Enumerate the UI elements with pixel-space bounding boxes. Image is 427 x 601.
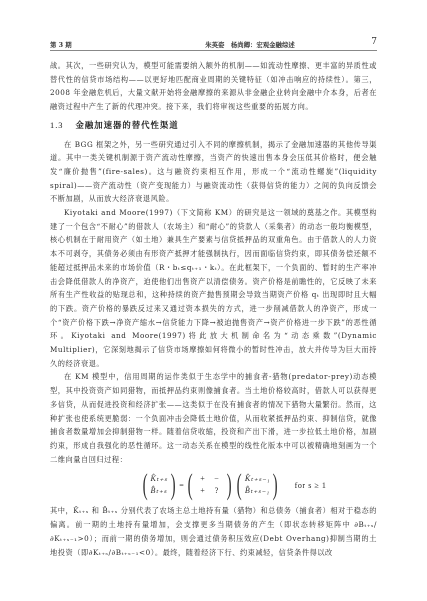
paragraph-5: 其中，K̂ₜ₊ₛ 和 B̂ₜ₊ₛ 分别代表了农场主总土地持有量（猎物）和总债务（… (50, 504, 377, 559)
header-rule (50, 50, 377, 51)
document-page: 第 3 期 朱英姿 杨尚卿：宏观金融综述 7 战。其次，一些研究认为，模型可能需… (0, 0, 427, 601)
paragraph-2: 在 BGG 框架之外，另一些研究通过引入不同的摩擦机制，揭示了金融加速器的其他传… (50, 138, 377, 207)
equation-condition: for s ≥ 1 (295, 479, 327, 493)
matrix-cell: − (210, 473, 224, 485)
issue-label: 第 3 期 (50, 40, 72, 49)
paragraph-1: 战。其次，一些研究认为，模型可能需要纳入额外的机制——如流动性摩擦、更丰富的异质… (50, 59, 377, 114)
paragraph-4: 在 KM 模型中，信用周期的运作类似于生态学中的捕食者-猎物(predator-… (50, 370, 377, 466)
var-equation: ( K̂ₜ₊ₛ B̂ₜ₊ₛ ) = ( + − + ? (50, 468, 377, 502)
running-title: 朱英姿 杨尚卿：宏观金融综述 (170, 40, 330, 49)
lhs-b: B̂ₜ₊ₛ (151, 485, 168, 497)
matrix-cell: + (196, 485, 210, 497)
rhs-k: K̂ₜ₊ₛ₋₁ (245, 473, 270, 485)
lhs-vector: ( K̂ₜ₊ₛ B̂ₜ₊ₛ ) (140, 470, 178, 500)
paragraph-3: Kiyotaki and Moore(1997)（下文简称 KM）的研究是这一领… (50, 206, 377, 370)
running-header: 第 3 期 朱英姿 杨尚卿：宏观金融综述 7 (50, 37, 377, 49)
section-number: 1.3 (50, 121, 63, 130)
equals-sign: = (179, 479, 184, 493)
page-number: 7 (371, 37, 377, 47)
transition-matrix: ( + − + ? ) (185, 470, 234, 500)
body-text: 战。其次，一些研究认为，模型可能需要纳入额外的机制——如流动性摩擦、更丰富的异质… (50, 59, 377, 559)
section-heading: 1.3金融加速器的替代性渠道 (50, 119, 377, 133)
rhs-b: B̂ₜ₊ₛ₋₁ (245, 485, 270, 497)
matrix-cell: + (196, 473, 210, 485)
lhs-k: K̂ₜ₊ₛ (151, 473, 168, 485)
section-title: 金融加速器的替代性渠道 (75, 120, 178, 130)
rhs-vector: ( K̂ₜ₊ₛ₋₁ B̂ₜ₊ₛ₋₁ ) (234, 470, 280, 500)
matrix-cell: ? (210, 485, 224, 497)
